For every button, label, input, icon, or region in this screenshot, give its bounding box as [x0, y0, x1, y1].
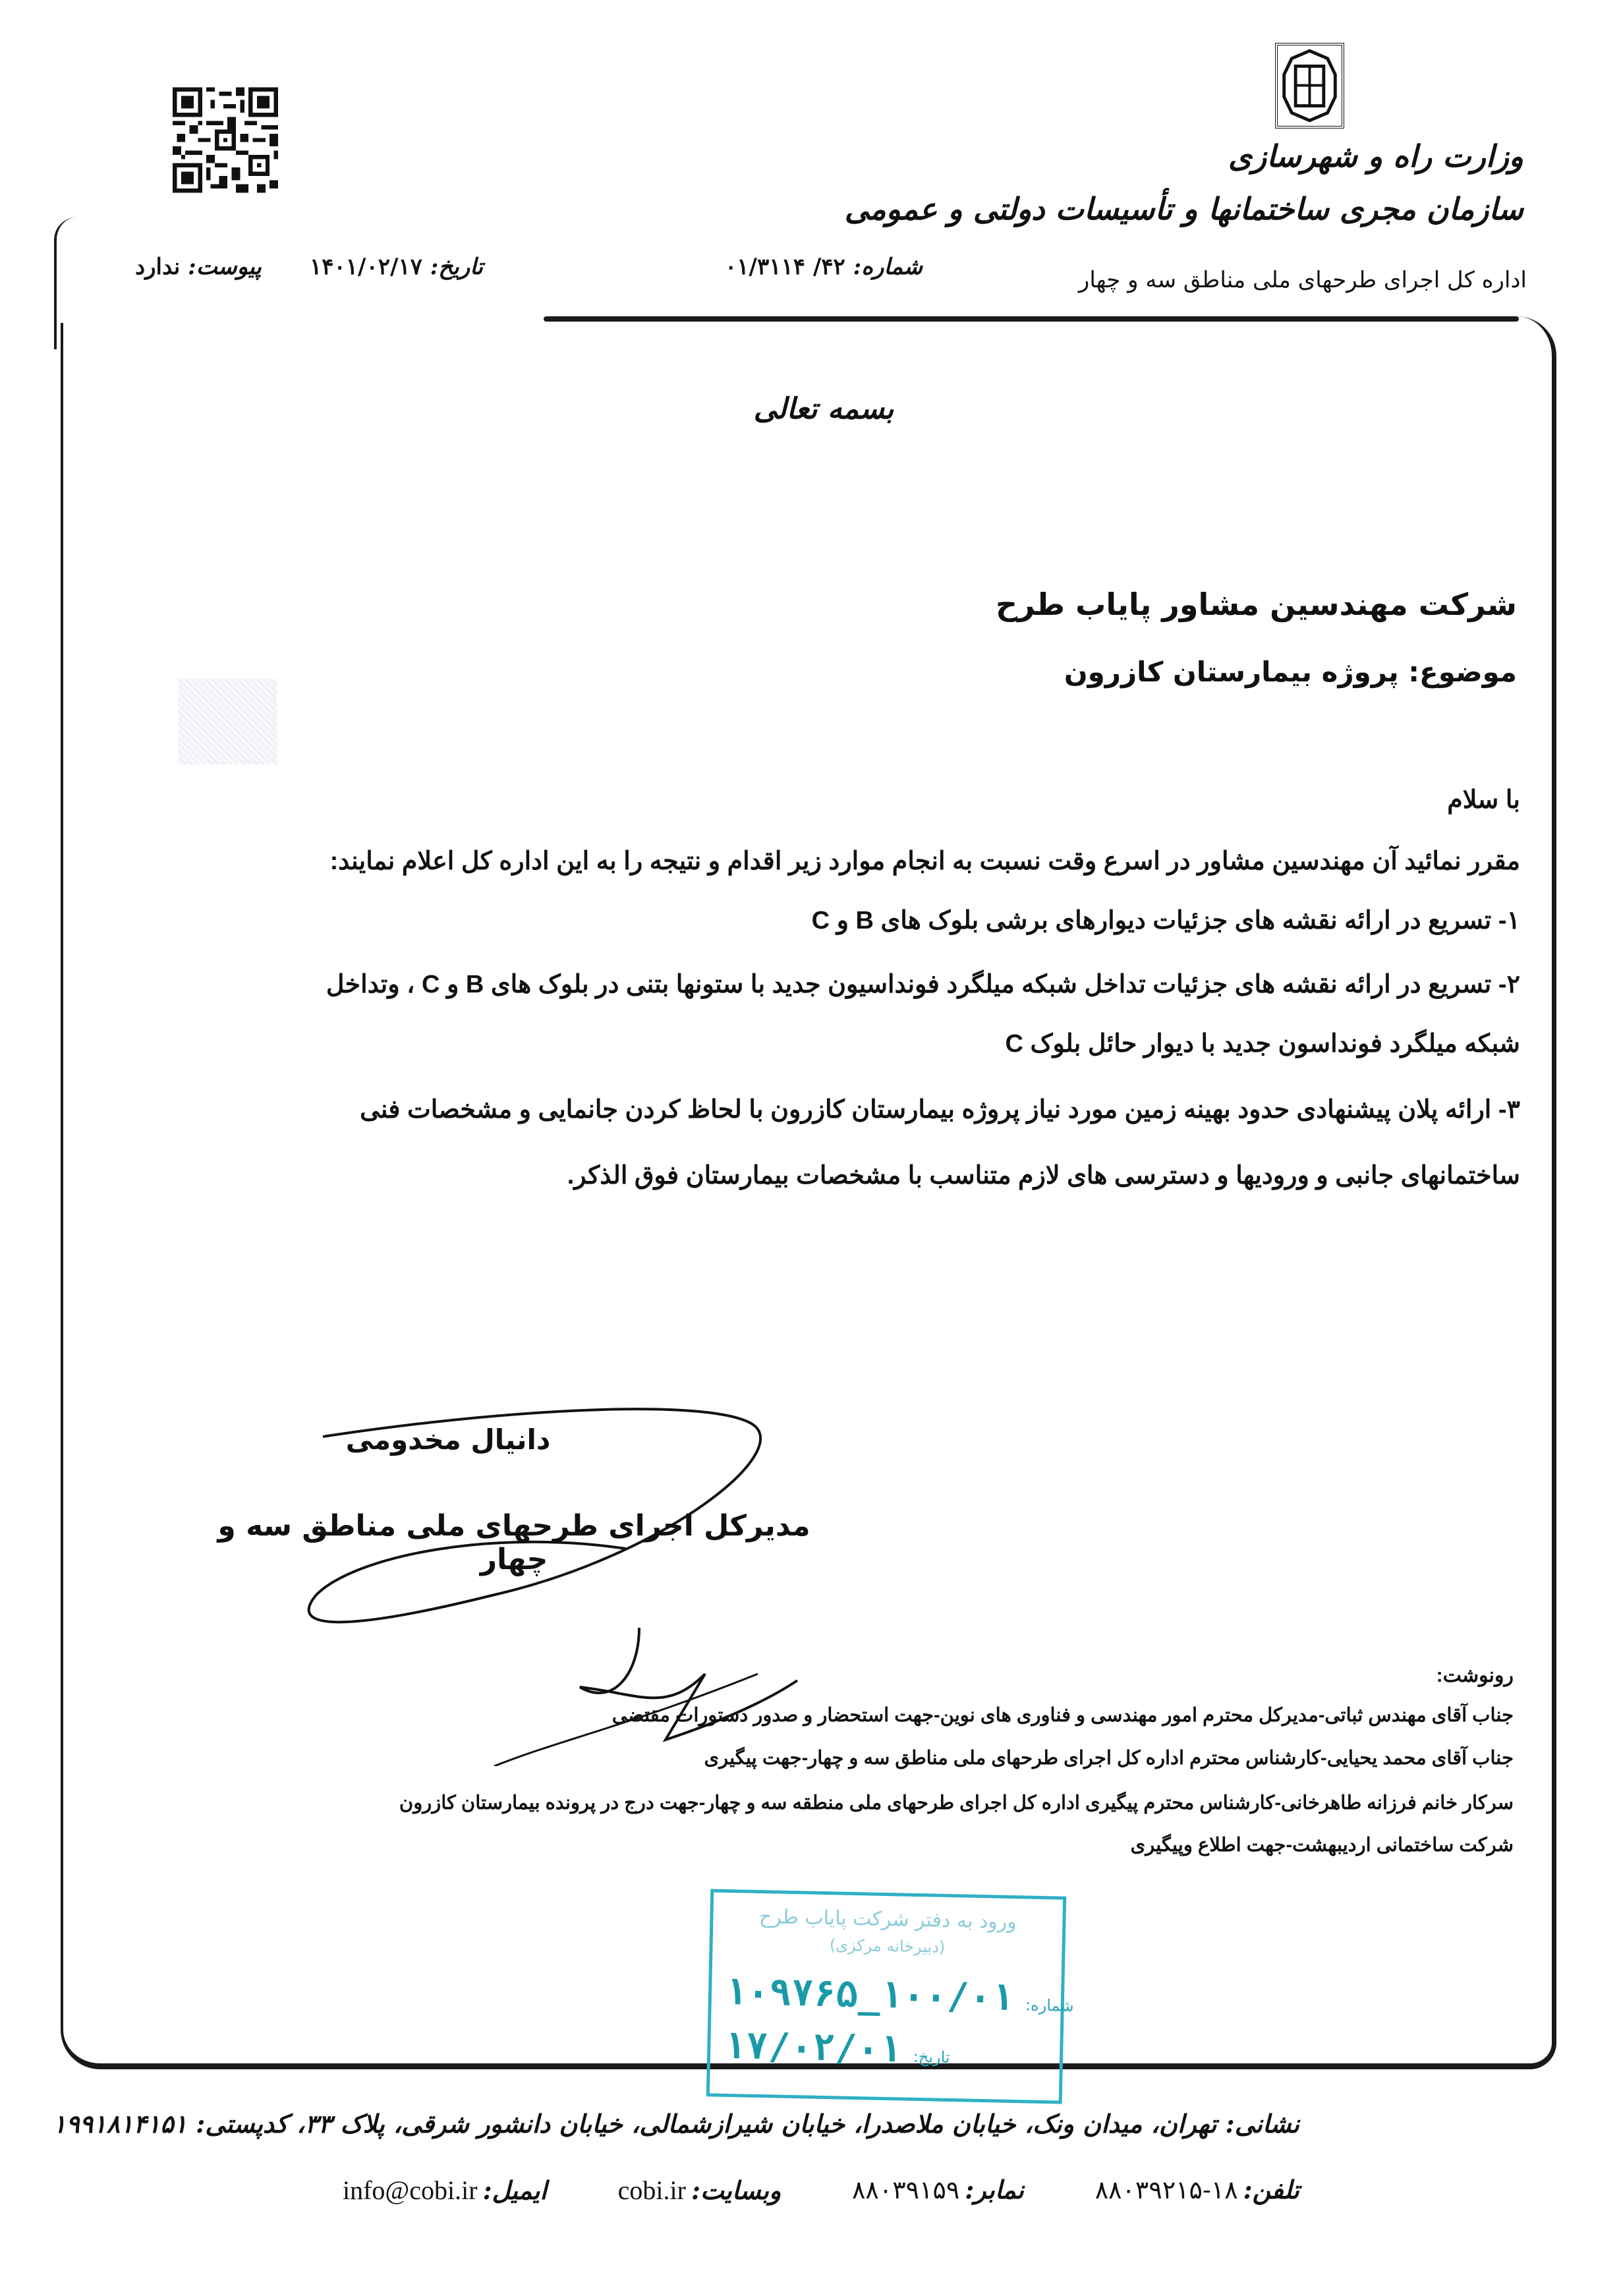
footer-fax: نمابر: ۸۸۰۳۹۱۵۹: [852, 2175, 1024, 2206]
website-link[interactable]: cobi.ir: [618, 2175, 686, 2206]
letter-date-value: ۱۴۰۱/۰۲/۱۷: [310, 254, 422, 280]
ministry-name: وزارت راه و شهرسازی: [1228, 138, 1523, 174]
footer-phone: تلفن: ۸۸۰۳۹۲۱۵-۱۸: [1095, 2175, 1299, 2206]
recipient: شرکت مهندسین مشاور پایاب طرح: [996, 587, 1517, 622]
greeting: با سلام: [119, 788, 1520, 813]
frame-mask: [58, 310, 546, 323]
list-item-2-cont: شبکه میلگرد فونداسون جدید با دیوار حائل …: [119, 1031, 1520, 1056]
phone-value: ۸۸۰۳۹۲۱۵-۱۸: [1095, 2175, 1238, 2204]
footer-email: ایمیل: info@cobi.ir: [343, 2175, 547, 2206]
stamp-date-label: تاریخ:: [913, 2048, 950, 2067]
fax-value: ۸۸۰۳۹۱۵۹: [852, 2175, 959, 2204]
stamp-date-value: ۱۷/۰۲/۰۱: [724, 2024, 902, 2071]
subject: موضوع: پروژه بیمارستان کازرون: [1064, 656, 1517, 688]
email-label: ایمیل:: [483, 2175, 547, 2205]
faint-stamp-mark: [178, 679, 277, 764]
list-item-3-cont: ساختمانهای جانبی و ورودیها و دسترسی های …: [119, 1163, 1520, 1188]
frame-left-arc: [54, 217, 76, 349]
email-link[interactable]: info@cobi.ir: [343, 2175, 478, 2206]
list-item-3: ۳- ارائه پلان پیشنهادی حدود بهینه زمین م…: [119, 1097, 1520, 1122]
letter-number: شماره: ۴۲/ ۰۱/۳۱۱۴: [725, 254, 923, 280]
department-name: اداره کل اجرای طرحهای ملی مناطق سه و چها…: [1079, 267, 1527, 293]
cc-item: سرکار خانم فرزانه طاهرخانی-کارشناس محترم…: [399, 1791, 1514, 1814]
cc-item: جناب آقای محمد یحیایی-کارشناس محترم ادار…: [704, 1746, 1514, 1769]
letter-date: تاریخ: ۱۴۰۱/۰۲/۱۷: [310, 254, 483, 280]
qr-code-icon: [173, 86, 278, 194]
letter-number-value: ۴۲/ ۰۱/۳۱۱۴: [725, 254, 845, 280]
intro-paragraph: مقرر نمائید آن مهندسین مشاور در اسرع وقت…: [119, 849, 1520, 874]
footer-contacts: تلفن: ۸۸۰۳۹۲۱۵-۱۸ نمابر: ۸۸۰۳۹۱۵۹ وبسایت…: [343, 2175, 1299, 2206]
frame-top-rule: [544, 316, 1519, 322]
signer-title: مدیرکل اجرای طرحهای ملی مناطق سه و چهار: [217, 1509, 810, 1576]
organization-name: سازمان مجری ساختمانها و تأسیسات دولتی و …: [845, 191, 1523, 227]
basmala: بسمه تعالی: [725, 392, 923, 426]
letter-attachment-label: پیوست:: [188, 254, 262, 280]
stamp-number-label: شماره:: [1025, 1995, 1074, 2015]
signer-name: دانیال مخدومی: [310, 1423, 586, 1456]
stamp-number-value: ۱۰۰/۰۱_۱۰۹۷۶۵: [724, 1970, 1014, 2019]
received-stamp: ورود به دفتر شرکت پایاب طرح (دبیرخانه مر…: [706, 1889, 1066, 2104]
letter-date-label: تاریخ:: [430, 254, 483, 280]
letter-attachment-value: ندارد: [135, 254, 180, 280]
stamp-title: ورود به دفتر شرکت پایاب طرح: [713, 1904, 1063, 1934]
cc-item: شرکت ساختمانی اردیبهشت-جهت اطلاع وپیگیری: [1131, 1833, 1514, 1856]
footer-address: نشانی: تهران، میدان ونک، خیابان ملاصدرا،…: [53, 2109, 1299, 2138]
list-item-1: ۱- تسریع در ارائه نقشه های جزئیات دیواره…: [119, 908, 1520, 933]
cc-title: رونوشت:: [1436, 1664, 1514, 1687]
stamp-subtitle: (دبیرخانه مرکزی): [712, 1933, 1062, 1959]
list-item-2: ۲- تسریع در ارائه نقشه های جزئیات تداخل …: [119, 972, 1520, 997]
website-label: وبسایت:: [691, 2175, 781, 2205]
cc-item: جناب آقای مهندس ثباتی-مدیرکل محترم امور …: [612, 1704, 1514, 1727]
ministry-emblem-icon: [1275, 43, 1344, 129]
stamp-number-row: شماره: ۱۰۰/۰۱_۱۰۹۷۶۵: [724, 1970, 1048, 2020]
letter-attachment: پیوست: ندارد: [135, 254, 262, 280]
phone-label: تلفن:: [1243, 2175, 1299, 2204]
letter-number-label: شماره:: [853, 254, 923, 280]
stamp-date-row: تاریخ: ۱۷/۰۲/۰۱: [724, 2024, 1047, 2074]
footer-website: وبسایت: cobi.ir: [618, 2175, 781, 2206]
fax-label: نمابر:: [965, 2175, 1024, 2204]
